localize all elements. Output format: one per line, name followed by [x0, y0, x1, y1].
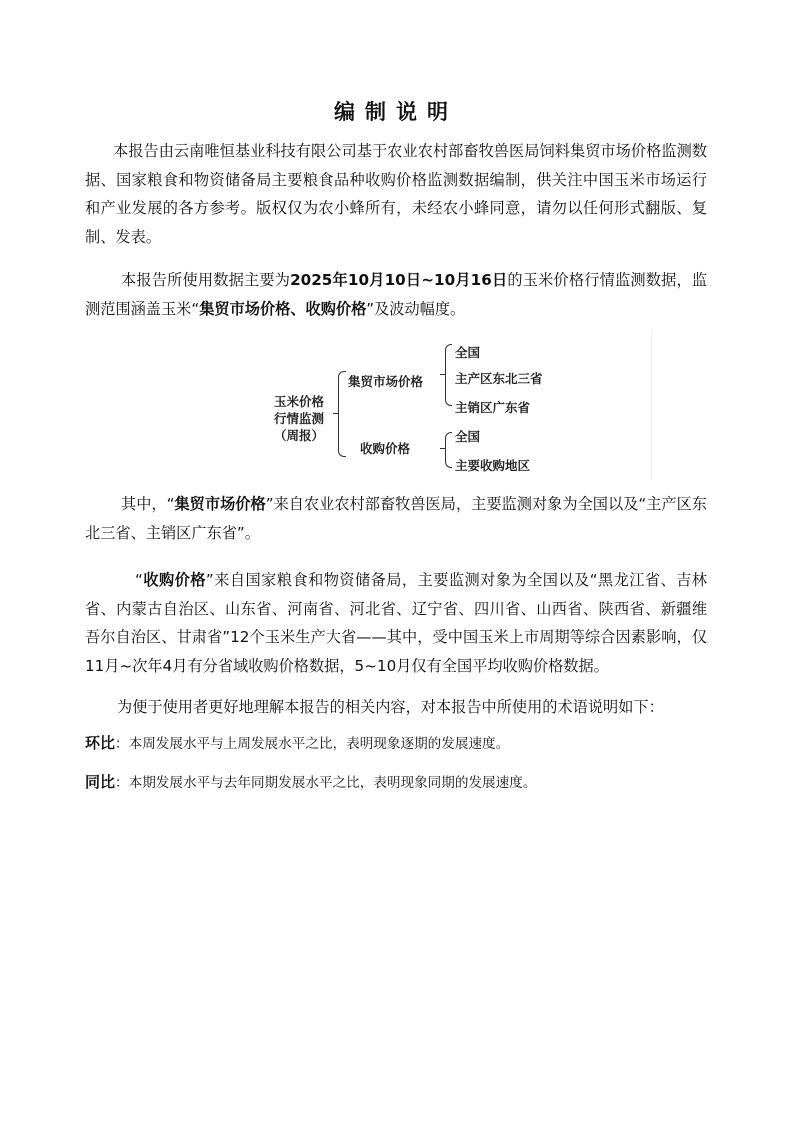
root-line: 玉米价格	[274, 393, 324, 410]
term-purchase-price: 收购价格	[143, 571, 206, 589]
root-line: （周报）	[274, 427, 324, 444]
main-brace-tip	[333, 413, 338, 414]
term-definition-mom: 环比：本周发展水平与上周发展水平之比，表明现象逐期的发展速度。	[85, 733, 707, 754]
monitoring-structure-diagram: 玉米价格 行情监测 （周报） 集贸市场价格 收购价格 全国 主产区东北三省 主销…	[264, 330, 652, 480]
text-segment: 本报告所使用数据主要为	[121, 271, 290, 289]
term-text: ：本期发展水平与去年同期发展水平之比，表明现象同期的发展速度。	[115, 775, 536, 791]
intro-paragraph: 本报告由云南唯恒基业科技有限公司基于农业农村部畜牧兽医局饲料集贸市场价格监测数据…	[85, 137, 707, 251]
root-line: 行情监测	[274, 410, 324, 427]
market-brace-tip	[440, 374, 445, 375]
purchase-child-regions: 主要收购地区	[455, 458, 530, 474]
data-scope-paragraph: 本报告所使用数据主要为2025年10月10日~10月16日的玉米价格行情监测数据…	[85, 266, 707, 323]
scope-terms: 集贸市场价格、收购价格	[199, 300, 366, 318]
market-brace	[445, 344, 452, 406]
purchase-brace-tip	[440, 448, 445, 449]
market-price-paragraph: 其中，“集贸市场价格”来自农业农村部畜牧兽医局，主要监测对象为全国以及“主产区东…	[85, 490, 707, 547]
branch-purchase-price: 收购价格	[360, 441, 410, 457]
text-segment: 其中，“	[121, 495, 174, 513]
diagram-root: 玉米价格 行情监测 （周报）	[274, 393, 324, 444]
page-title: 编制说明	[85, 96, 707, 126]
term-definition-yoy: 同比：本期发展水平与去年同期发展水平之比，表明现象同期的发展速度。	[85, 772, 707, 793]
diagram-edge	[651, 330, 652, 480]
term-name: 环比	[85, 734, 115, 752]
market-child-national: 全国	[455, 345, 480, 361]
text-segment: ”及波动幅度。	[366, 300, 465, 318]
term-text: ：本周发展水平与上周发展水平之比，表明现象逐期的发展速度。	[115, 736, 509, 752]
market-child-guangdong: 主销区广东省	[455, 400, 530, 416]
term-market-price: 集贸市场价格	[174, 495, 265, 513]
main-brace	[338, 371, 346, 457]
date-range: 2025年10月10日~10月16日	[290, 271, 507, 289]
market-child-northeast: 主产区东北三省	[455, 371, 543, 387]
purchase-brace	[445, 432, 452, 468]
purchase-child-national: 全国	[455, 429, 480, 445]
term-name: 同比	[85, 773, 115, 791]
text-segment: “	[135, 571, 143, 589]
terminology-intro: 为便于使用者更好地理解本报告的相关内容，对本报告中所使用的术语说明如下：	[85, 693, 707, 722]
branch-market-price: 集贸市场价格	[348, 374, 423, 390]
purchase-price-paragraph: “收购价格”来自国家粮食和物资储备局，主要监测对象为全国以及“黑龙江省、吉林省、…	[85, 566, 707, 680]
